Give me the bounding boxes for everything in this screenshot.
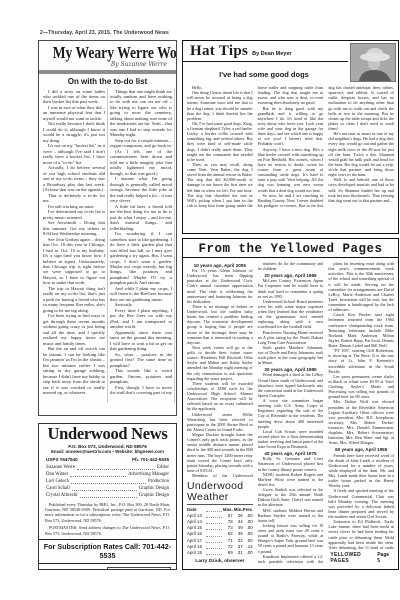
dotted-leader [72, 490, 137, 491]
paragraph: It's not on my "bucket list" as it were … [43, 143, 105, 165]
paragraph: Iceberg lettuce was selling for 19 cents… [258, 523, 324, 554]
hat-tips-column: Hat Tips By Dean Meyer I've had some goo… [182, 40, 399, 234]
dotted-leader [71, 483, 146, 484]
weather-date: April 19 [187, 550, 205, 556]
weary-body-text: I did a story on some ladies who tackled… [39, 89, 176, 403]
newspaper-page: 2—Thursday, April 23, 2015. The Underwoo… [0, 0, 400, 600]
paragraph: I did a story on some ladies who tackled… [43, 89, 105, 105]
paragraph: I was in awe of what they did – an immen… [43, 105, 105, 121]
dotted-leader [206, 538, 222, 543]
paragraph: That is definitely a to-do for me. [43, 193, 105, 204]
paragraph: A town site committee began meeting with… [258, 398, 324, 429]
jump-line-page: Page 5 [377, 552, 392, 564]
paragraph: A lively and spirited meeting of the Und… [328, 488, 394, 519]
weather-table: DateMax.Min.Prec.April 135726.00April 14… [187, 507, 253, 556]
paragraph: Gwen Stadick was selected as the delegat… [258, 487, 324, 508]
decade-heading: 20 years ago, April 1995 [258, 273, 324, 278]
paragraph: One thing I know about life is that I wi… [187, 90, 253, 121]
paragraph: Wind damaged a shed at the LeRoy Trousil… [258, 372, 324, 398]
paragraph: "PT 109", starring Cliff Robertson, is s… [328, 348, 394, 374]
paragraph: Underwood School Board members were hit … [258, 299, 324, 330]
staff-row: Crystal AlbrechtGraphic Design [46, 492, 169, 499]
paragraph: (As I left, one of the commissioners ben… [110, 149, 172, 176]
paragraph: Step out for a couple minutes – regain c… [110, 138, 172, 149]
paragraph: Things that one might think are totally … [110, 89, 172, 138]
weather-observer: Larry Dziuk, observer [187, 559, 253, 564]
decade-heading: 30 years ago, April 1985 [258, 367, 324, 372]
paragraph: Knudtson Implement offered a 12-inch por… [258, 554, 324, 564]
page-folio: 2—Thursday, April 23, 2015. The Underwoo… [40, 30, 169, 36]
usps-phone-row: USPS #647540 Ph. 701-442-5535 [39, 457, 176, 462]
paragraph: Not really because I don't think I could… [43, 121, 105, 143]
yellowed-column-3-text: plans for inserting extra along with thi… [328, 261, 394, 550]
hat-tips-header: Hat Tips By Dean Meyer [183, 41, 348, 62]
ndna-logo: NDNA NORTH DAKOTA NEWSPAPER ASSOCIATION [44, 568, 107, 570]
paragraph: Rolly St. Germain and Lorie Sinamson of … [258, 456, 324, 471]
paragraph: Anyway, I have a new dog. He's a blue he… [258, 147, 324, 193]
weather-row: April 196931.00 [187, 550, 253, 556]
weary-column-title: My Weary Werre World [53, 43, 163, 63]
paragraph: Sixth grader Matthew Johansen, son of Do… [258, 345, 324, 366]
paragraph: Friends here have received word of the d… [328, 453, 394, 489]
paragraph: But he is dang good with my grandkids an… [258, 106, 324, 147]
hat-tips-body-text: Hello,One thing I know about life is tha… [187, 85, 394, 213]
staff-role: Production [148, 478, 169, 485]
ndna-wordmark: NDNA [44, 568, 96, 570]
dotted-leader [206, 519, 222, 524]
weary-headline: On with the to-do list [39, 77, 176, 86]
paragraph: teachers do for the community and its ch… [258, 261, 324, 271]
paragraph: Three students will be awarded scholarsh… [187, 381, 253, 412]
masthead-title: Underwood News [39, 426, 176, 443]
paragraph: The trip to Hawaii thing isn't really on… [43, 286, 105, 313]
jump-line-label: YELLOWED PAGES [330, 552, 377, 564]
dotted-leader [206, 507, 222, 512]
paragraph: Members of the Underwood Ministerium hos… [187, 473, 253, 478]
paragraph: plans for inserting extra along with thi… [328, 261, 394, 312]
paragraph: Actually, I do believe several of our hi… [43, 165, 105, 192]
paragraph: For 15 years Glenn Johnson of Underwood … [187, 268, 253, 304]
paragraph: Local Cub Scouts were awarded second pla… [258, 429, 324, 450]
gray-rule [39, 70, 176, 74]
paragraph: Every time I plant anything, I put the B… [110, 308, 172, 330]
weather-max: 69 [223, 550, 233, 556]
usps-number: USPS #647540 [46, 457, 78, 462]
bhg-label: BHG's ND Community Newspapers [110, 569, 168, 570]
dotted-leader [70, 476, 126, 477]
staff-name: Carol Schall [46, 485, 70, 492]
weather-min: 31 [233, 550, 243, 556]
paragraph: NDSU students Robert Rogers and Marlene … [258, 472, 324, 487]
paragraph: And while I plant my crops, I will liste… [110, 286, 172, 302]
dotted-leader [206, 531, 222, 536]
paragraph: Megan Duckter brought home the Comet's o… [187, 432, 253, 473]
paragraph: I've been trying to find ways to get thr… [43, 313, 105, 346]
staff-role: Graphic Design [139, 485, 169, 492]
dotted-leader [206, 513, 222, 518]
staff-name: Suzanne Werre [46, 464, 75, 471]
yellowed-pages-section: From the Yellowed Pages 10 years ago, Ap… [182, 238, 399, 570]
staff-row: Dan WinterAdvertising Manager [46, 471, 169, 478]
paragraph: MSC students Mildred Brown and Barbara S… [258, 508, 324, 523]
legal-text-2: POSTMASTER: Send address changes to The … [39, 525, 176, 536]
paragraph: McLean County Extension Agent Pat Carpen… [258, 278, 324, 299]
weather-prec: .00 [243, 550, 253, 556]
paragraph: Unknown to Ed Philbrick, Turtle Lake far… [328, 519, 394, 550]
paragraph: Coach Ken Becker said eight lettermen re… [328, 312, 394, 348]
columnist-cowboy-hat-portrait [350, 43, 396, 82]
yellowed-column-1: 10 years ago, April 2005For 15 years Gle… [187, 261, 253, 564]
paragraph: Well, lo and behold, one of those cows d… [328, 177, 394, 203]
paragraph: Apparently since there was snow on the g… [110, 330, 172, 352]
paragraph: Lee press permanent creme slacks in blac… [328, 374, 394, 400]
jump-line: YELLOWED PAGES Page 5 [328, 550, 394, 564]
underwood-weather-box: Underwood Weather DateMax.Min.Prec.April… [187, 481, 253, 564]
paragraph: Underwood senior Willie Wrenching has be… [187, 412, 253, 433]
dotted-leader [77, 469, 155, 470]
paragraph: But the on and off switch can be instant… [43, 346, 105, 395]
paragraph: Oh, I've had some good dogs. King, a Ger… [187, 121, 253, 162]
yellowed-pages-columns: 10 years ago, April 2005For 15 years Gle… [183, 258, 398, 567]
decade-heading: 10 years ago, April 2005 [187, 263, 253, 268]
dotted-leader [206, 525, 222, 530]
staff-list: Suzanne WerreEditorDan WinterAdvertising… [39, 464, 176, 500]
weather-title: Underwood Weather [187, 481, 253, 505]
hat-tips-title: Hat Tips [190, 43, 248, 60]
staff-row: Lori GelechProduction [46, 478, 169, 485]
masthead-box: Underwood News P.O. Box 573, Underwood, … [38, 423, 177, 570]
staff-role: Advertising Manager [128, 471, 169, 478]
paragraph: Mrs. Delton Wolf was elected president o… [328, 399, 394, 445]
legal-text-1: Published every Thursday by BHG, Inc., P… [39, 502, 176, 523]
weary-werre-world-column: My Weary Werre World By Suzanne Werre On… [38, 40, 177, 416]
yellowed-column-3: plans for inserting extra along with thi… [328, 261, 394, 564]
paragraph: This sounds like a weird garden. Onions,… [110, 368, 172, 384]
paragraph: There is no shortage of babies in Underw… [187, 304, 253, 345]
paragraph: I'm wondering if I can somehow start to … [110, 231, 172, 286]
paragraph: Prairieview Nursing Home received an A p… [258, 330, 324, 345]
staff-row: Carol SchallGraphic Design [46, 485, 169, 492]
hat-tips-headline: I've had some good dogs [183, 70, 345, 79]
paragraph: So, what – potatoes in the ground first?… [110, 352, 172, 368]
staff-name: Lori Gelech [46, 478, 69, 485]
staff-row: Suzanne WerreEditor [46, 464, 169, 471]
paragraph: He's not near as smart as one of my old … [328, 131, 394, 177]
paragraph: I've determined my to-do list is pretty … [43, 209, 105, 220]
staff-role: Editor [157, 464, 169, 471]
paragraph: A little bit later, a friend told me the… [110, 204, 172, 231]
yellowed-column-1-text: 10 years ago, April 2005For 15 years Gle… [187, 261, 253, 478]
dotted-leader [206, 550, 222, 555]
paragraph: See Josh Groban again – doing that Oct. … [43, 237, 105, 286]
masthead-phone: Ph. 701-442-5535 [132, 457, 169, 462]
dotted-leader [80, 497, 137, 498]
dotted-leader [206, 544, 222, 549]
weather-title-line1: Underwood [187, 480, 243, 492]
subscription-bar: For Subscription Rates Call: 701-442-553… [39, 539, 176, 564]
masthead-contact: Email: unnews@westriv.com • Website: bhg… [39, 449, 176, 454]
decade-heading: 40 years ago, April 1975 [258, 451, 324, 456]
yellowed-column-2-text: teachers do for the community and its ch… [258, 261, 324, 564]
yellowed-column-2: teachers do for the community and its ch… [258, 261, 324, 564]
paragraph: See Aerosmith – Doing that this summer. … [43, 220, 105, 236]
weather-title-line2: Weather [187, 492, 253, 505]
bhg-facebook-box: BHG's ND Community Newspapers Like us on… [107, 567, 171, 570]
decade-heading: 60 years ago, April 1955 [328, 447, 394, 452]
yellowed-pages-banner: From the Yellowed Pages [183, 239, 398, 258]
staff-name: Crystal Albrecht [46, 492, 78, 499]
paragraph: I assume what I'm going through is gener… [110, 176, 172, 203]
hat-tips-byline: By Dean Meyer [252, 51, 291, 57]
staff-role: Graphic Design [139, 492, 169, 499]
logos-row: NDNA NORTH DAKOTA NEWSPAPER ASSOCIATION … [39, 564, 176, 570]
staff-name: Dan Winter [46, 471, 68, 478]
paragraph: Next week voters will go to the polls to… [187, 345, 253, 381]
